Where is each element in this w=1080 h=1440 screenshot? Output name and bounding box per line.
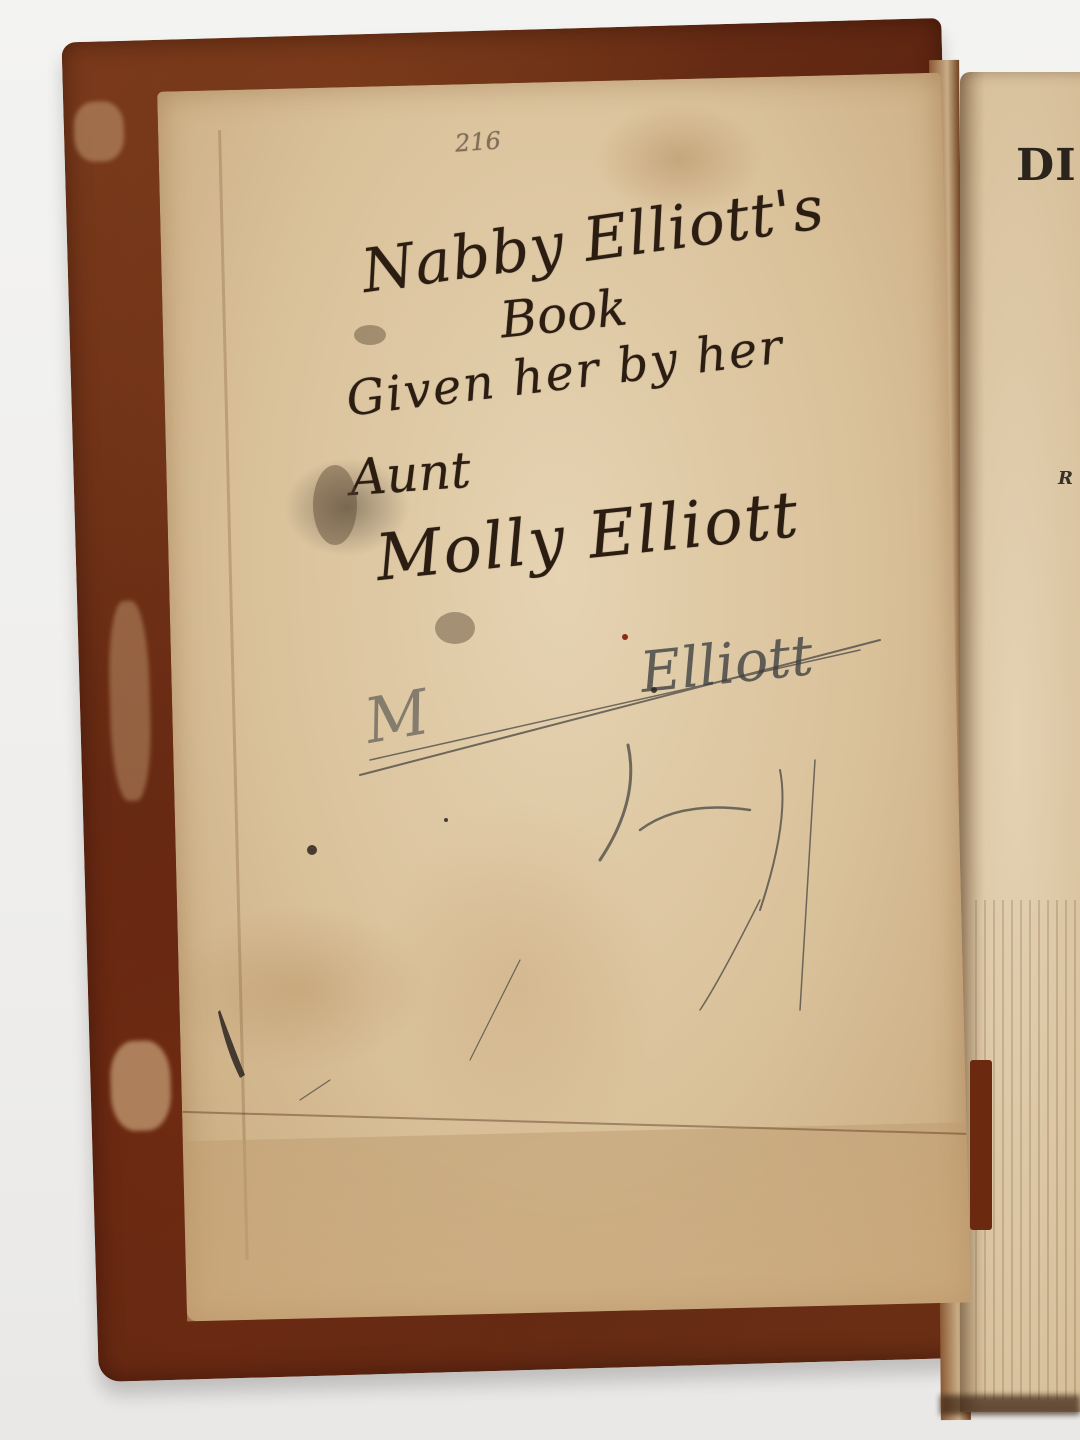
- scribble-strokes: [0, 0, 1080, 1440]
- book-photograph: DI R 216 Nabby Elliott's Book Given her …: [0, 0, 1080, 1440]
